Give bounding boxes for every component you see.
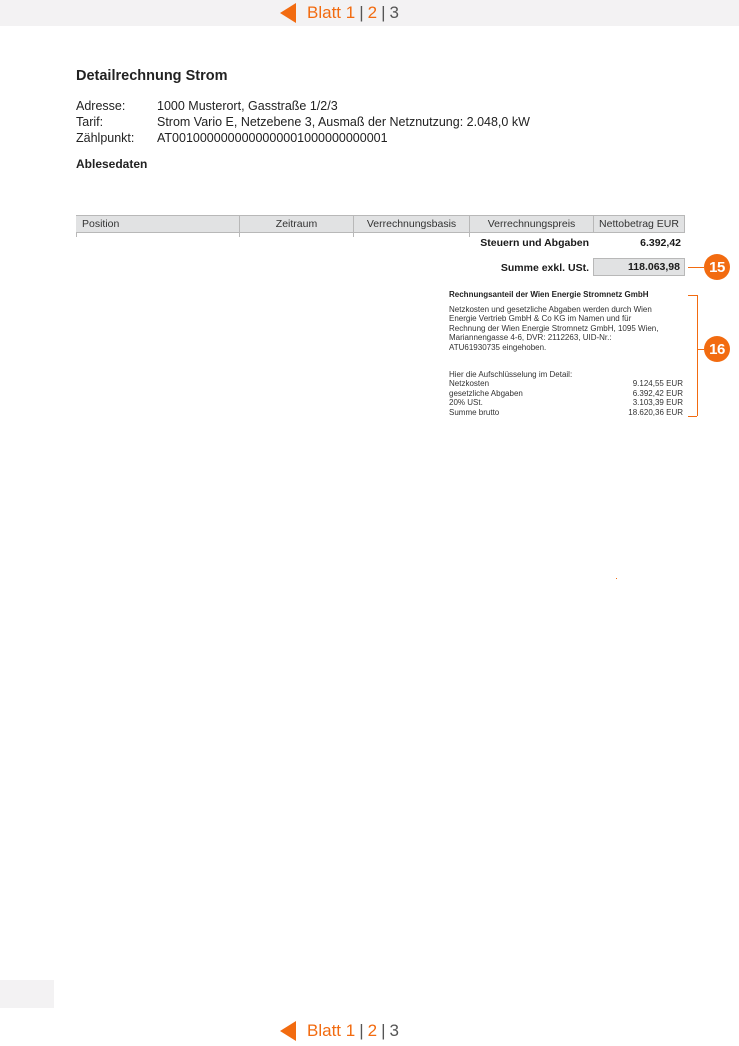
document-title: Detailrechnung Strom	[76, 68, 227, 84]
info-label: Tarif:	[76, 114, 157, 130]
breakdown-value: 9.124,55 EUR	[633, 379, 683, 388]
page-separator: |	[359, 3, 363, 23]
info-value: AT0010000000000000001000000000001	[157, 130, 388, 146]
breakdown-value: 18.620,36 EUR	[628, 408, 683, 417]
column-header-price: Verrechnungspreis	[469, 216, 593, 232]
info-row-address: Adresse: 1000 Musterort, Gasstraße 1/2/3	[76, 98, 530, 114]
bracket-bottom	[688, 416, 697, 417]
breakdown-row: 20% USt. 3.103,39 EUR	[449, 398, 683, 407]
page-current-3: 3	[390, 1021, 399, 1041]
netz-box-text: Netzkosten und gesetzliche Abgaben werde…	[449, 305, 689, 352]
text-line: ATU61930735 eingehoben.	[449, 343, 689, 352]
bracket-top	[688, 295, 697, 296]
annotation-badge-15: 15	[704, 254, 730, 280]
info-row-meteringpoint: Zählpunkt: AT001000000000000000100000000…	[76, 130, 530, 146]
text-line: Rechnung der Wien Energie Stromnetz GmbH…	[449, 324, 689, 333]
page-navigator-bottom: Blatt 1 | 2 | 3	[280, 1021, 399, 1041]
info-value: 1000 Musterort, Gasstraße 1/2/3	[157, 98, 338, 114]
section-heading: Ablesedaten	[76, 157, 147, 171]
breakdown-row: gesetzliche Abgaben 6.392,42 EUR	[449, 389, 683, 398]
breakdown-row: Summe brutto 18.620,36 EUR	[449, 408, 683, 417]
stray-mark	[616, 578, 617, 579]
bracket-vertical	[697, 295, 698, 416]
info-row-tariff: Tarif: Strom Vario E, Netzebene 3, Ausma…	[76, 114, 530, 130]
page-separator: |	[359, 1021, 363, 1041]
table-header: Position Zeitraum Verrechnungsbasis Verr…	[76, 215, 685, 233]
column-header-position: Position	[76, 216, 239, 232]
text-line: Energie Vertrieb GmbH & Co KG im Namen u…	[449, 314, 689, 323]
column-header-period: Zeitraum	[239, 216, 353, 232]
column-header-net-amount: Nettobetrag EUR	[593, 216, 685, 232]
column-divider	[353, 233, 354, 237]
info-label: Adresse:	[76, 98, 157, 114]
breakdown-label: 20% USt.	[449, 398, 483, 407]
breakdown-value: 3.103,39 EUR	[633, 398, 683, 407]
annotation-line	[688, 267, 704, 268]
column-divider	[239, 233, 240, 237]
page-current-3: 3	[390, 3, 399, 23]
annotation-badge-16: 16	[704, 336, 730, 362]
taxes-label: Steuern und Abgaben	[440, 237, 589, 249]
breakdown-row: Netzkosten 9.124,55 EUR	[449, 379, 683, 388]
page-link-1[interactable]: 1	[346, 1021, 355, 1041]
page-link-2[interactable]: 2	[368, 3, 377, 23]
info-label: Zählpunkt:	[76, 130, 157, 146]
sum-excl-vat-label: Summe exkl. USt.	[440, 262, 589, 274]
netz-box-title: Rechnungsanteil der Wien Energie Stromne…	[449, 290, 649, 299]
breakdown-label: Summe brutto	[449, 408, 499, 417]
breakdown-value: 6.392,42 EUR	[633, 389, 683, 398]
breakdown-label: Netzkosten	[449, 379, 489, 388]
text-line: Mariannengasse 4-6, DVR: 2112263, UID-Nr…	[449, 333, 689, 342]
sum-excl-vat-value: 118.063,98	[593, 258, 685, 276]
netz-breakdown: Hier die Aufschlüsselung im Detail: Netz…	[449, 370, 683, 417]
info-value: Strom Vario E, Netzebene 3, Ausmaß der N…	[157, 114, 530, 130]
column-header-basis: Verrechnungsbasis	[353, 216, 469, 232]
page-label: Blatt	[307, 1021, 341, 1041]
triangle-left-icon[interactable]	[280, 3, 296, 23]
triangle-left-icon[interactable]	[280, 1021, 296, 1041]
page-link-1[interactable]: 1	[346, 3, 355, 23]
customer-info: Adresse: 1000 Musterort, Gasstraße 1/2/3…	[76, 98, 530, 146]
annotation-line	[697, 349, 704, 350]
page-label: Blatt	[307, 3, 341, 23]
page-navigator-top: Blatt 1 | 2 | 3	[280, 3, 399, 23]
column-divider	[76, 233, 77, 237]
page-separator: |	[381, 3, 385, 23]
side-panel-block	[0, 980, 54, 1008]
breakdown-label: gesetzliche Abgaben	[449, 389, 523, 398]
taxes-value: 6.392,42	[593, 237, 681, 249]
page-link-2[interactable]: 2	[368, 1021, 377, 1041]
page-separator: |	[381, 1021, 385, 1041]
text-line: Netzkosten und gesetzliche Abgaben werde…	[449, 305, 689, 314]
breakdown-heading: Hier die Aufschlüsselung im Detail:	[449, 370, 683, 379]
